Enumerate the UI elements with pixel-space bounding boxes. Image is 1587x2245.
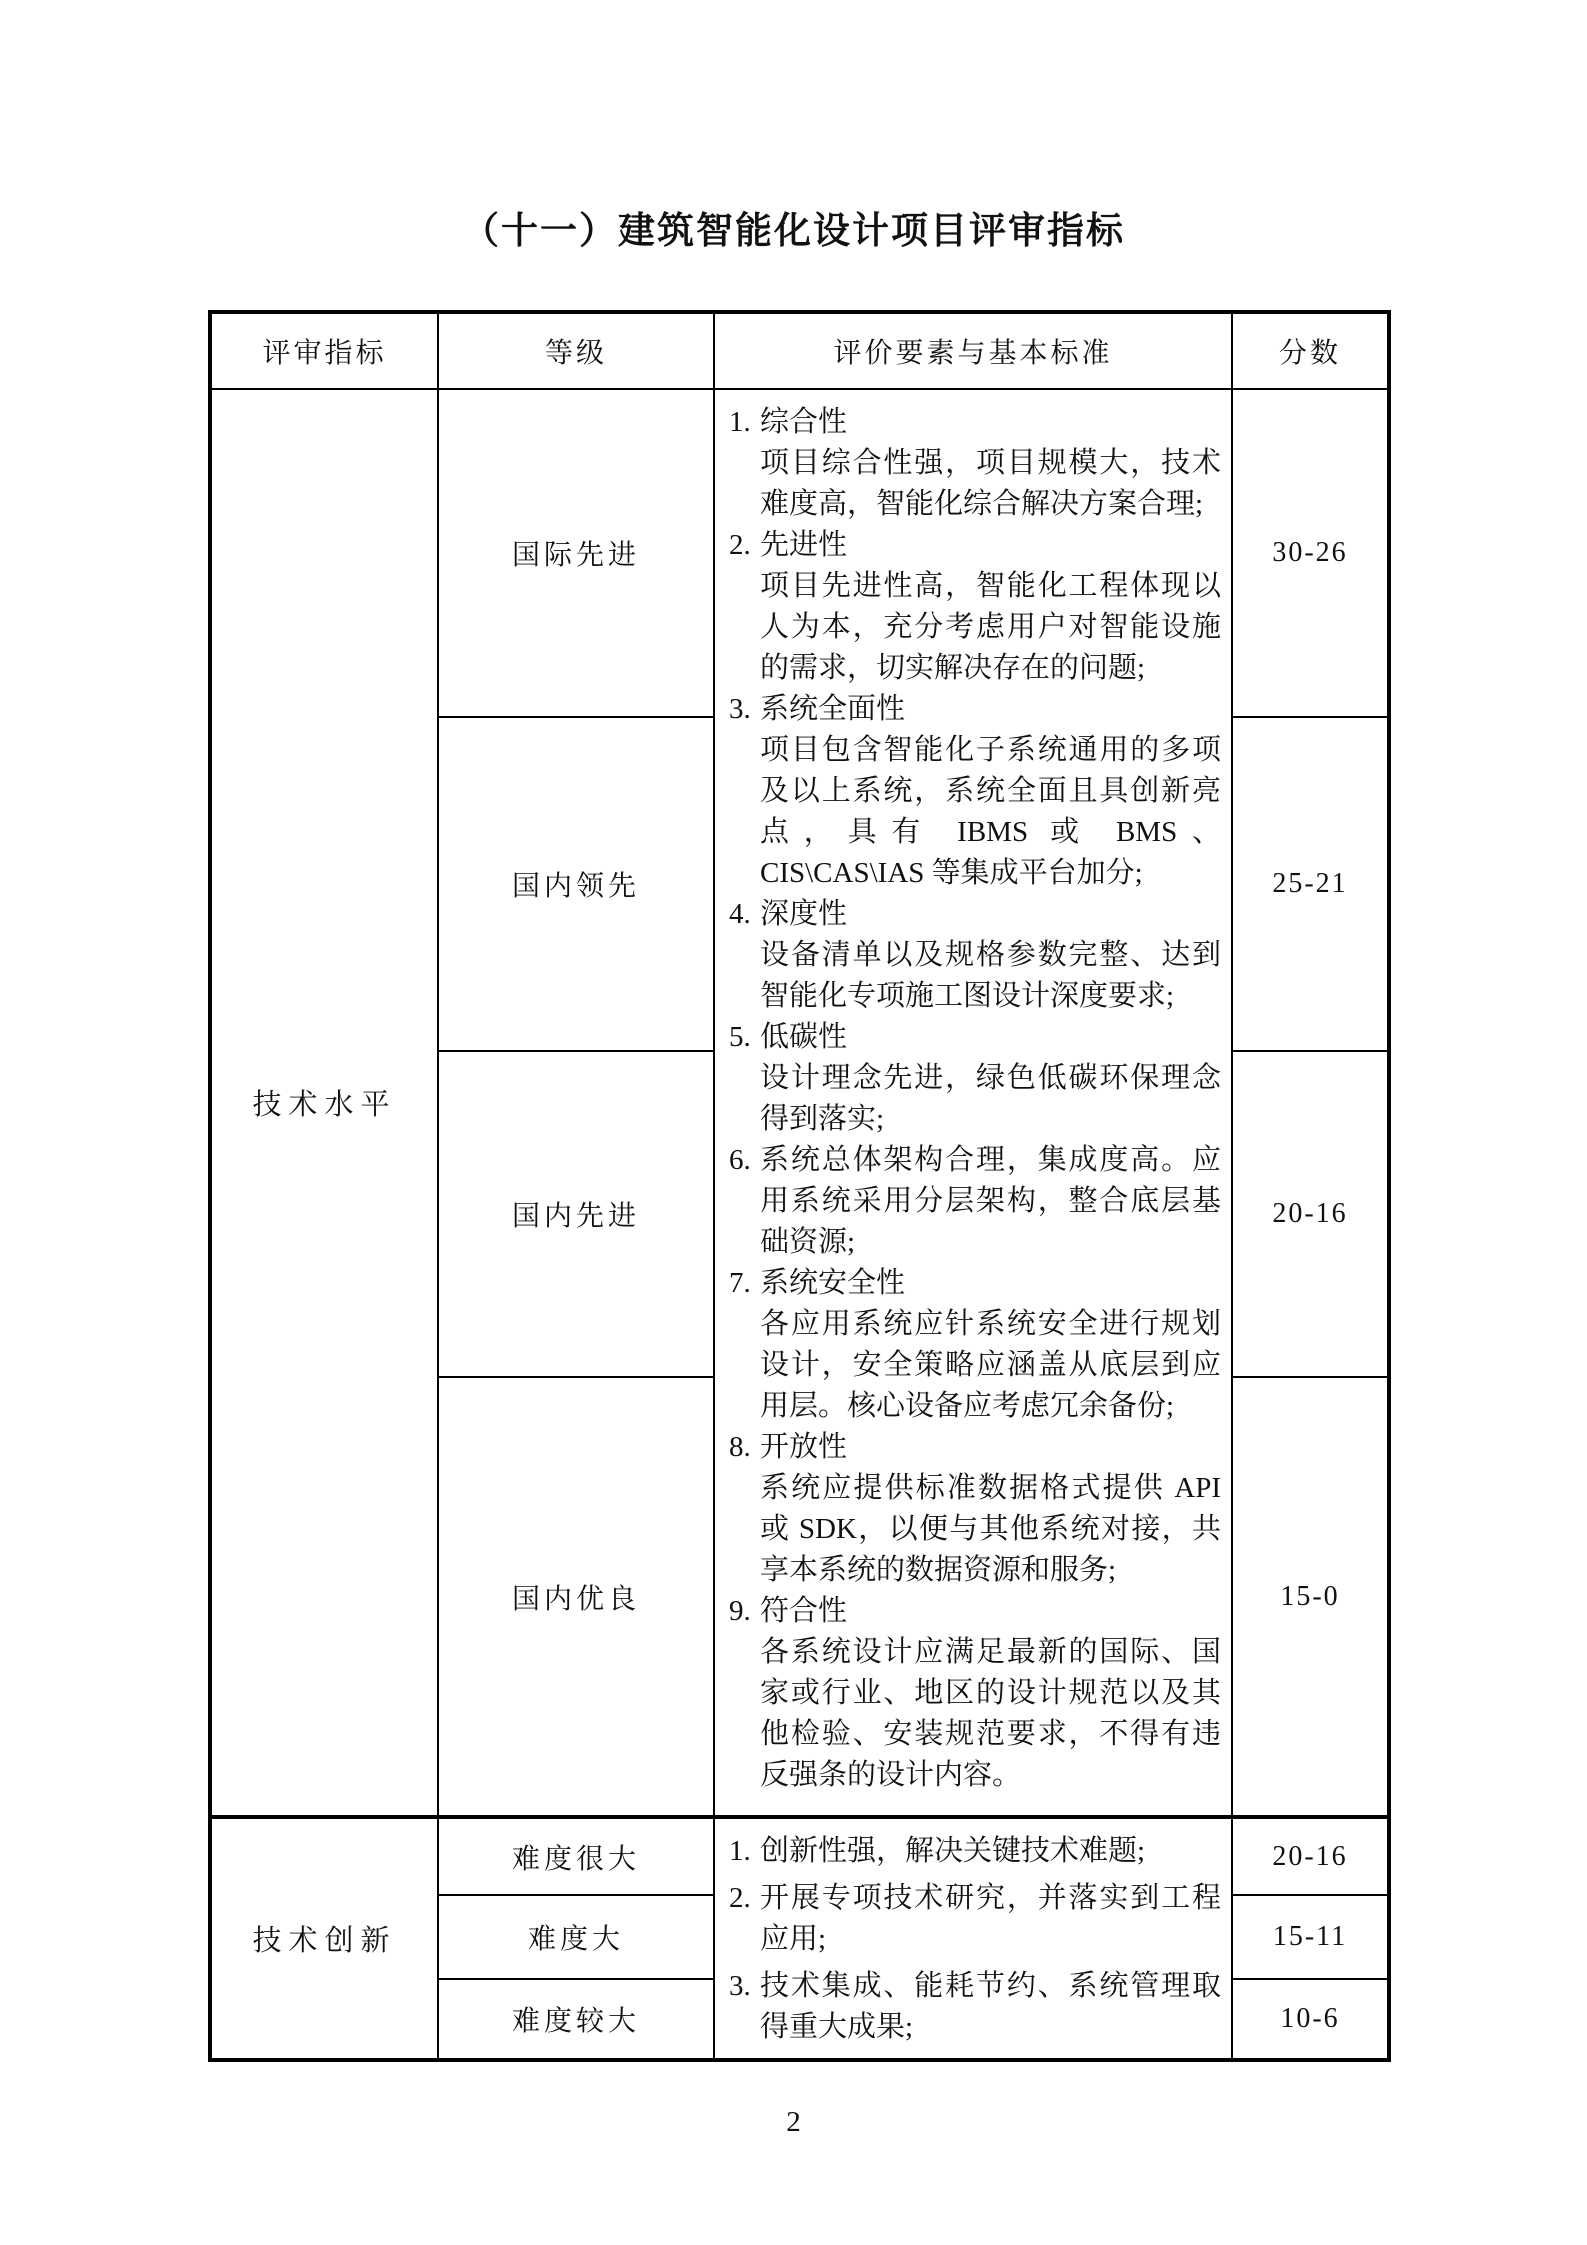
criteria-item-desc: 项目包含智能化子系统通用的多项及以上系统，系统全面且具创新亮点，具有 IBMS … [760,730,1221,894]
review-table: 评审指标 等级 评价要素与基本标准 分数 技术水平国际先进1.综合性项目综合性强… [208,310,1391,2062]
criteria-item-desc: 技术集成、能耗节约、系统管理取得重大成果; [760,1966,1221,2048]
criteria-item-desc: 设计理念先进，绿色低碳环保理念得到落实; [760,1058,1221,1140]
grade-cell: 难度大 [438,1895,714,1978]
criteria-item-desc: 开展专项技术研究，并落实到工程应用; [760,1878,1221,1960]
criteria-item-number: 8. [729,1427,751,1468]
grade-cell: 国内先进 [438,1051,714,1377]
criteria-item-number: 2. [729,1878,751,1919]
col-header-score: 分数 [1232,312,1389,389]
col-header-criteria: 评价要素与基本标准 [714,312,1232,389]
criteria-item-desc: 创新性强，解决关键技术难题; [760,1831,1221,1872]
col-header-indicator: 评审指标 [210,312,438,389]
indicator-cell: 技术水平 [210,389,438,1817]
page-number: 2 [0,2106,1587,2139]
criteria-item: 2.开展专项技术研究，并落实到工程应用; [727,1878,1221,1960]
criteria-item-desc: 系统应提供标准数据格式提供 API 或 SDK，以便与其他系统对接，共享本系统的… [760,1468,1221,1591]
criteria-item-title: 综合性 [760,402,1221,443]
criteria-item-desc: 各系统设计应满足最新的国际、国家或行业、地区的设计规范以及其他检验、安装规范要求… [760,1632,1221,1796]
criteria-item-number: 7. [729,1263,751,1304]
criteria-item: 4.深度性设备清单以及规格参数完整、达到智能化专项施工图设计深度要求; [727,894,1221,1017]
score-cell: 30-26 [1232,389,1389,717]
grade-cell: 难度较大 [438,1979,714,2060]
criteria-item: 9.符合性各系统设计应满足最新的国际、国家或行业、地区的设计规范以及其他检验、安… [727,1591,1221,1796]
criteria-cell: 1.创新性强，解决关键技术难题;2.开展专项技术研究，并落实到工程应用;3.技术… [714,1817,1232,2060]
score-cell: 15-0 [1232,1377,1389,1817]
criteria-item-number: 5. [729,1017,751,1058]
criteria-item-number: 6. [729,1140,751,1181]
criteria-item: 6.系统总体架构合理，集成度高。应用系统采用分层架构，整合底层基础资源; [727,1140,1221,1263]
score-cell: 20-16 [1232,1817,1389,1895]
criteria-item-desc: 设备清单以及规格参数完整、达到智能化专项施工图设计深度要求; [760,935,1221,1017]
score-cell: 25-21 [1232,717,1389,1051]
criteria-item-number: 4. [729,894,751,935]
criteria-item-number: 9. [729,1591,751,1632]
criteria-item: 3.技术集成、能耗节约、系统管理取得重大成果; [727,1966,1221,2048]
grade-cell: 难度很大 [438,1817,714,1895]
grade-cell: 国内领先 [438,717,714,1051]
criteria-item: 1.创新性强，解决关键技术难题; [727,1831,1221,1872]
criteria-item-title: 先进性 [760,525,1221,566]
indicator-cell: 技术创新 [210,1817,438,2060]
page-title: （十一）建筑智能化设计项目评审指标 [0,200,1587,254]
criteria-item-title: 开放性 [760,1427,1221,1468]
table-row: 技术水平国际先进1.综合性项目综合性强，项目规模大，技术难度高，智能化综合解决方… [210,389,1389,717]
criteria-item: 5.低碳性设计理念先进，绿色低碳环保理念得到落实; [727,1017,1221,1140]
criteria-item: 7.系统安全性各应用系统应针系统安全进行规划设计，安全策略应涵盖从底层到应用层。… [727,1263,1221,1427]
criteria-item-title: 系统安全性 [760,1263,1221,1304]
criteria-item-desc: 项目综合性强，项目规模大，技术难度高，智能化综合解决方案合理; [760,443,1221,525]
criteria-item-title: 低碳性 [760,1017,1221,1058]
document-page: （十一）建筑智能化设计项目评审指标 评审指标 等级 评价要素与基本标准 分数 技… [0,0,1587,2245]
criteria-item-number: 1. [729,402,751,443]
criteria-item-desc: 各应用系统应针系统安全进行规划设计，安全策略应涵盖从底层到应用层。核心设备应考虑… [760,1304,1221,1427]
criteria-item: 1.综合性项目综合性强，项目规模大，技术难度高，智能化综合解决方案合理; [727,402,1221,525]
criteria-item-desc: 项目先进性高，智能化工程体现以人为本，充分考虑用户对智能设施的需求，切实解决存在… [760,566,1221,689]
criteria-item-title: 深度性 [760,894,1221,935]
criteria-item-number: 3. [729,689,751,730]
criteria-item-number: 3. [729,1966,751,2007]
grade-cell: 国内优良 [438,1377,714,1817]
criteria-item-desc: 系统总体架构合理，集成度高。应用系统采用分层架构，整合底层基础资源; [760,1140,1221,1263]
criteria-item-title: 系统全面性 [760,689,1221,730]
grade-cell: 国际先进 [438,389,714,717]
criteria-item: 8.开放性系统应提供标准数据格式提供 API 或 SDK，以便与其他系统对接，共… [727,1427,1221,1591]
score-cell: 15-11 [1232,1895,1389,1978]
score-cell: 20-16 [1232,1051,1389,1377]
criteria-cell: 1.综合性项目综合性强，项目规模大，技术难度高，智能化综合解决方案合理;2.先进… [714,389,1232,1817]
criteria-item-title: 符合性 [760,1591,1221,1632]
criteria-item: 3.系统全面性项目包含智能化子系统通用的多项及以上系统，系统全面且具创新亮点，具… [727,689,1221,894]
col-header-grade: 等级 [438,312,714,389]
table-header-row: 评审指标 等级 评价要素与基本标准 分数 [210,312,1389,389]
criteria-item-number: 2. [729,525,751,566]
score-cell: 10-6 [1232,1979,1389,2060]
criteria-item: 2.先进性项目先进性高，智能化工程体现以人为本，充分考虑用户对智能设施的需求，切… [727,525,1221,689]
table-row: 技术创新难度很大1.创新性强，解决关键技术难题;2.开展专项技术研究，并落实到工… [210,1817,1389,1895]
criteria-item-number: 1. [729,1831,751,1872]
review-table-body: 技术水平国际先进1.综合性项目综合性强，项目规模大，技术难度高，智能化综合解决方… [210,389,1389,2060]
